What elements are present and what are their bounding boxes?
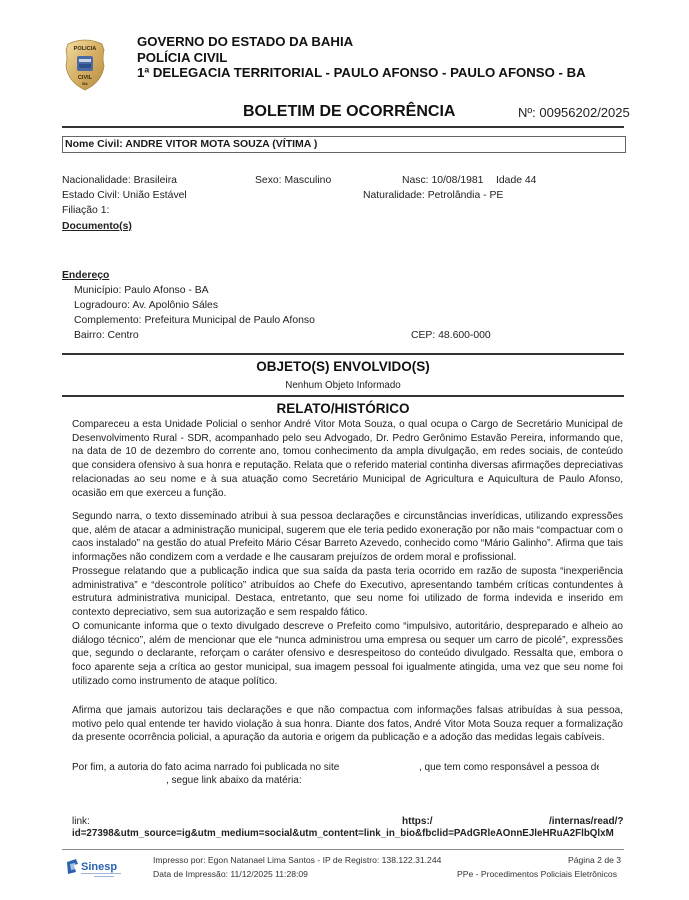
document-number: Nº: 00956202/2025 [518, 105, 630, 120]
page-number: Página 2 de 3 [568, 855, 621, 865]
sinesp-logo-icon: Sinesp [64, 856, 134, 880]
footer-divider [62, 849, 624, 850]
report-paragraph-2: Segundo narra, o texto disseminado atrib… [72, 510, 623, 565]
address-municipality: Município: Paulo Afonso - BA [74, 284, 209, 297]
report-paragraph-5: Afirma que jamais autorizou tais declara… [72, 704, 623, 745]
header-divider [62, 126, 624, 128]
report-paragraph-3: Prossegue relatando que a publicação ind… [72, 565, 623, 620]
report-final-part2: , que tem como responsável a pessoa de [419, 761, 599, 774]
svg-text:BA: BA [82, 82, 88, 86]
svg-text:POLICIA: POLICIA [74, 46, 97, 52]
objects-top-divider [62, 353, 624, 355]
report-final-part1: Por fim, a autoria do fato acima narrado… [72, 761, 339, 774]
address-neighborhood: Bairro: Centro [74, 329, 139, 342]
address-label: Endereço [62, 269, 109, 282]
print-date: Data de Impressão: 11/12/2025 11:28:09 [153, 869, 308, 879]
age: Idade 44 [496, 174, 536, 187]
document-title: BOLETIM DE OCORRÊNCIA [243, 103, 455, 121]
link-url-path[interactable]: /internas/read/? [549, 816, 623, 827]
system-name: PPe - Procedimentos Policiais Eletrônico… [457, 869, 617, 879]
objects-value: Nenhum Objeto Informado [62, 380, 624, 391]
link-label: link: [72, 816, 90, 827]
address-zip: CEP: 48.600-000 [411, 329, 491, 342]
report-paragraph-1: Compareceu a esta Unidade Policial o sen… [72, 418, 623, 500]
link-url-query[interactable]: id=27398&utm_source=ig&utm_medium=social… [72, 828, 614, 839]
sinesp-logo: Sinesp [64, 856, 134, 880]
filiation: Filiação 1: [62, 204, 109, 217]
header-police: POLÍCIA CIVIL [137, 50, 586, 66]
institution-header: GOVERNO DO ESTADO DA BAHIA POLÍCIA CIVIL… [137, 34, 586, 81]
report-final-part3: , segue link abaixo da matéria: [166, 774, 302, 787]
printed-by: Impresso por: Egon Natanael Lima Santos … [153, 855, 441, 865]
objects-bottom-divider [62, 395, 624, 397]
birth-date: Nasc: 10/08/1981 [402, 174, 483, 187]
marital-status: Estado Civil: União Estável [62, 189, 187, 202]
link-url-start[interactable]: https:/ [402, 816, 433, 827]
sex: Sexo: Masculino [255, 174, 331, 187]
civil-name-box: Nome Civil: ANDRE VITOR MOTA SOUZA (VÍTI… [62, 136, 626, 153]
header-delegacia: 1ª DELEGACIA TERRITORIAL - PAULO AFONSO … [137, 65, 586, 81]
report-paragraph-4: O comunicante informa que o texto divulg… [72, 620, 623, 689]
documents-label: Documento(s) [62, 220, 132, 233]
birthplace: Naturalidade: Petrolândia - PE [363, 189, 503, 202]
header-government: GOVERNO DO ESTADO DA BAHIA [137, 34, 586, 50]
svg-text:CIVIL: CIVIL [78, 75, 93, 81]
report-title: RELATO/HISTÓRICO [62, 401, 624, 416]
nationality: Nacionalidade: Brasileira [62, 174, 177, 187]
objects-title: OBJETO(S) ENVOLVIDO(S) [62, 359, 624, 374]
address-complement: Complemento: Prefeitura Municipal de Pau… [74, 314, 315, 327]
svg-text:Sinesp: Sinesp [81, 861, 117, 873]
police-badge-logo: POLICIA CIVIL BA [64, 36, 106, 92]
address-street: Logradouro: Av. Apolônio Sáles [74, 299, 218, 312]
badge-icon: POLICIA CIVIL BA [64, 36, 106, 92]
